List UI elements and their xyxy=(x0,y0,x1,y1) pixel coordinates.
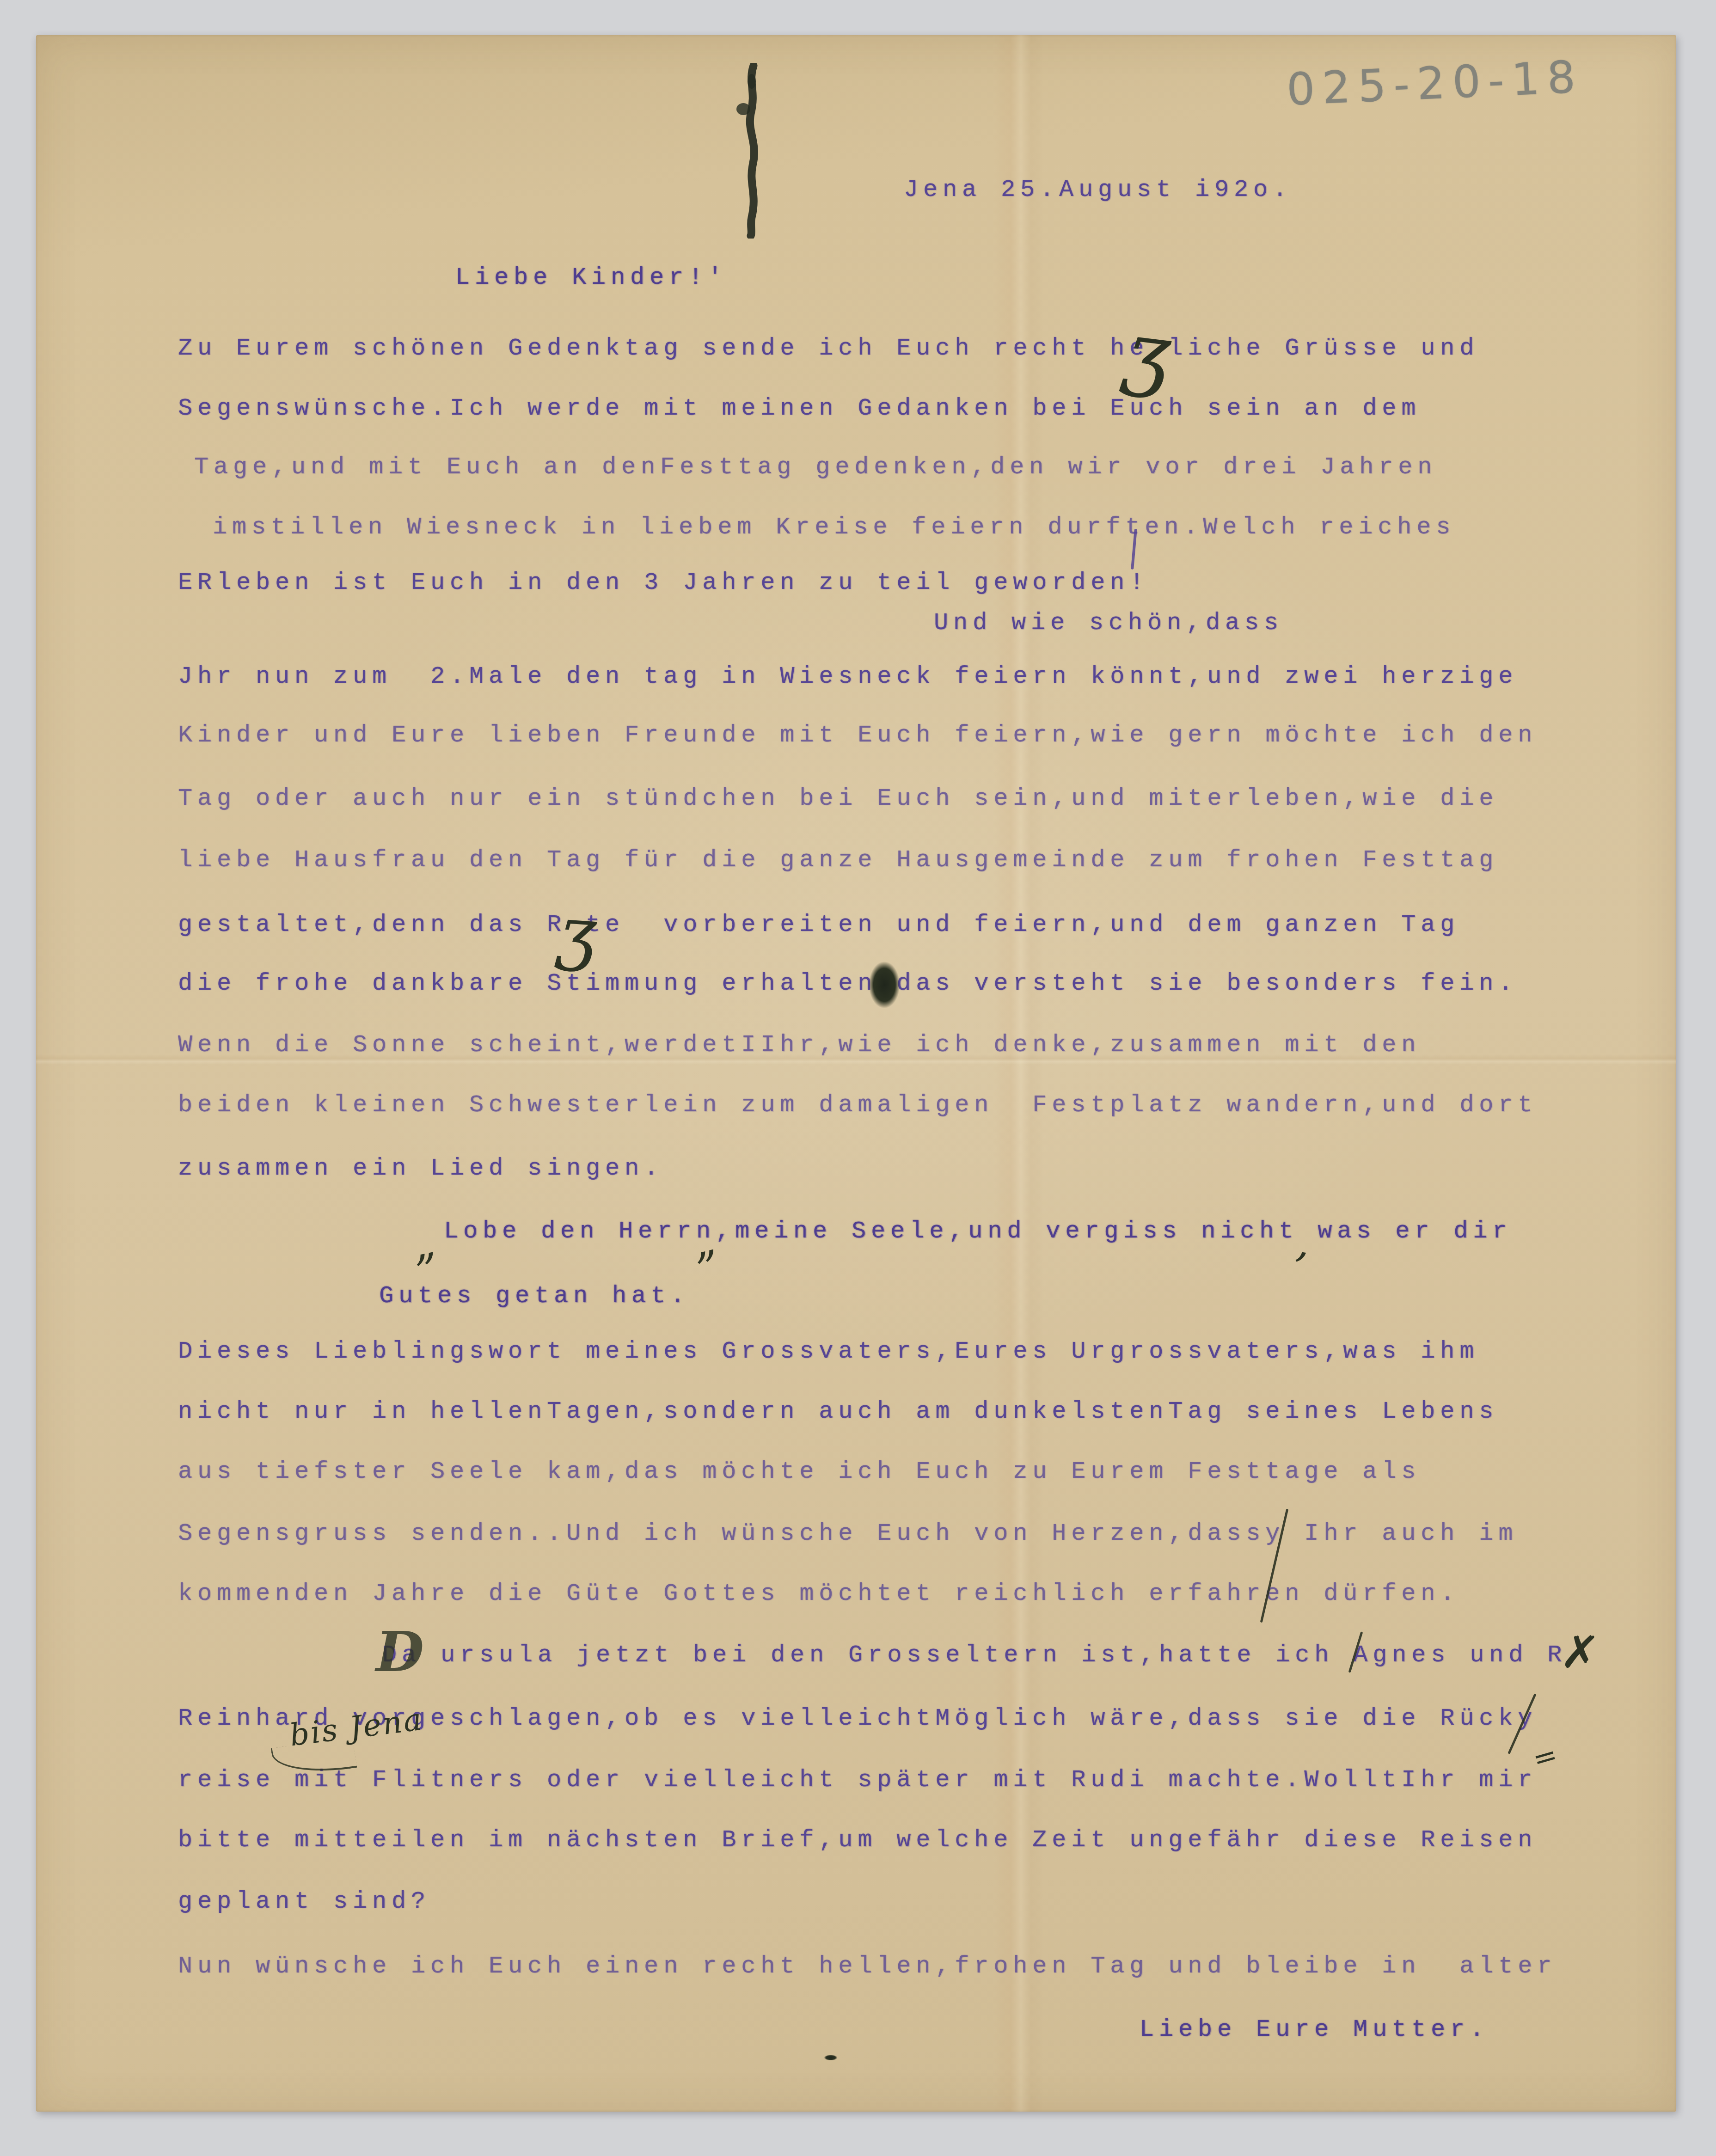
letter-scan: 025-20-18 Jena 25.August i92o. Liebe Kin… xyxy=(0,0,1716,2156)
quote-line: Gutes getan hat. xyxy=(379,1282,690,1311)
body-line: Da ursula jetzt bei den Grosseltern ist,… xyxy=(382,1641,1567,1670)
pen-cross-r: ✗ xyxy=(1559,1624,1601,1681)
small-ink-dash xyxy=(823,2054,839,2062)
ink-blot-correction xyxy=(866,958,902,1018)
body-line: bitte mitteilen im nächsten Brief,um wel… xyxy=(178,1826,1537,1855)
body-line: nicht nur in hellenTagen,sondern auch am… xyxy=(178,1397,1498,1426)
body-line: Kinder und Eure lieben Freunde mit Euch … xyxy=(178,721,1537,750)
salutation: Liebe Kinder!' xyxy=(455,263,727,292)
body-line: Tage,und mit Euch an denFesttag gedenken… xyxy=(194,453,1437,482)
body-line: Zu Eurem schönen Gedenktag sende ich Euc… xyxy=(178,334,1479,363)
body-line: Nun wünsche ich Euch einen recht hellen,… xyxy=(178,1952,1557,1981)
ink-blob xyxy=(729,63,771,239)
handwritten-z-insertion: ʒ xyxy=(1121,314,1175,393)
body-line: geplant sind? xyxy=(178,1887,430,1916)
closing-line: Liebe Eure Mutter. xyxy=(1140,2015,1489,2044)
body-line: Jhr nun zum 2.Male den tag in Wiesneck f… xyxy=(178,662,1518,691)
body-line: Und wie schön,dass xyxy=(934,609,1283,637)
body-line: aus tiefster Seele kam,das möchte ich Eu… xyxy=(178,1458,1421,1486)
handwritten-overwrite-squiggle: ʒ xyxy=(555,899,599,967)
body-line: liebe Hausfrau den Tag für die ganze Hau… xyxy=(178,846,1498,875)
body-line: Wenn die Sonne scheint,werdetIIhr,wie ic… xyxy=(178,1031,1421,1060)
body-line: Dieses Lieblingswort meines Grossvaters,… xyxy=(178,1337,1479,1366)
body-line: gestaltet,denn das R te vorbereiten und … xyxy=(178,911,1459,939)
body-line: die frohe dankbare Stimmung erhalten das… xyxy=(178,969,1518,998)
archive-number-pencil: 025-20-18 xyxy=(1286,51,1584,116)
body-line: Tag oder auch nur ein stündchen bei Euch… xyxy=(178,784,1498,813)
body-line: zusammen ein Lied singen. xyxy=(178,1154,663,1183)
body-line: ERleben ist Euch in den 3 Jahren zu teil… xyxy=(178,569,1149,597)
letter-paper: 025-20-18 Jena 25.August i92o. Liebe Kin… xyxy=(36,35,1676,2112)
handwritten-quote-open: „ xyxy=(406,1217,439,1271)
body-line: Segenswünsche.Ich werde mit meinen Gedan… xyxy=(178,394,1421,423)
body-line: reise mit Flitners oder vielleicht späte… xyxy=(178,1766,1537,1795)
quote-line: Lobe den Herrn,meine Seele,und vergiss n… xyxy=(444,1217,1512,1246)
handwritten-d-overwrite: D xyxy=(376,1624,424,1680)
body-line: Segensgruss senden..Und ich wünsche Euch… xyxy=(178,1519,1518,1548)
body-line: imstillen Wiesneck in liebem Kreise feie… xyxy=(213,513,1455,542)
body-line: beiden kleinen Schwesterlein zum damalig… xyxy=(178,1091,1537,1120)
date-line: Jena 25.August i92o. xyxy=(904,176,1292,204)
